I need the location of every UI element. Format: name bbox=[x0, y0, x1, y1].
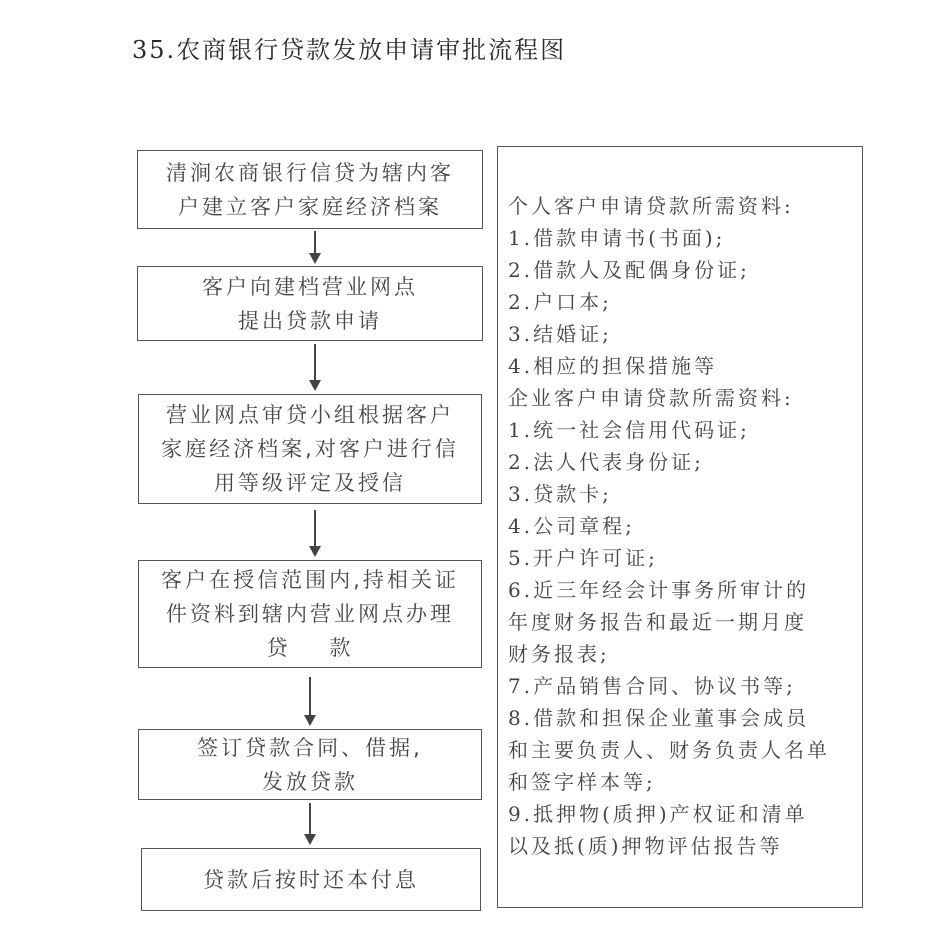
personal-item: 4.相应的担保措施等 bbox=[508, 350, 862, 382]
step-text-line: 户建立客户家庭经济档案 bbox=[178, 190, 442, 224]
required-documents-panel: 个人客户申请贷款所需资料: 1.借款申请书(书面); 2.借款人及配偶身份证; … bbox=[497, 146, 863, 908]
personal-item: 1.借款申请书(书面); bbox=[508, 222, 862, 254]
flow-step-6-repay: 贷款后按时还本付息 bbox=[141, 848, 481, 911]
down-arrow-icon bbox=[304, 677, 316, 727]
step-text-line: 发放贷款 bbox=[262, 765, 358, 799]
step-text-line: 签订贷款合同、借据, bbox=[197, 731, 423, 765]
personal-item: 2.户口本; bbox=[508, 286, 862, 318]
enterprise-item: 财务报表; bbox=[508, 638, 862, 670]
step-text-line: 清涧农商银行信贷为辖内客 bbox=[166, 156, 454, 190]
flow-step-2-submit-application: 客户向建档营业网点 提出贷款申请 bbox=[137, 266, 483, 341]
enterprise-item: 9.抵押物(质押)产权证和清单 bbox=[508, 798, 862, 830]
flow-step-3-credit-rating: 营业网点审贷小组根据客户 家庭经济档案,对客户进行信 用等级评定及授信 bbox=[138, 394, 482, 504]
enterprise-item: 6.近三年经会计事务所审计的 bbox=[508, 574, 862, 606]
page-title: 35.农商银行贷款发放申请审批流程图 bbox=[132, 30, 566, 65]
down-arrow-icon bbox=[309, 231, 321, 264]
down-arrow-icon bbox=[309, 344, 321, 392]
step-text-line: 客户向建档营业网点 bbox=[202, 270, 418, 304]
enterprise-item: 和主要负责人、财务负责人名单 bbox=[508, 734, 862, 766]
enterprise-item: 5.开户许可证; bbox=[508, 542, 862, 574]
flow-step-5-sign-and-disburse: 签订贷款合同、借据, 发放贷款 bbox=[138, 729, 482, 800]
enterprise-heading: 企业客户申请贷款所需资料: bbox=[508, 382, 862, 414]
enterprise-item: 2.法人代表身份证; bbox=[508, 446, 862, 478]
down-arrow-icon bbox=[304, 803, 316, 846]
step-text-line: 用等级评定及授信 bbox=[214, 466, 406, 500]
down-arrow-icon bbox=[309, 510, 321, 558]
step-text-line: 家庭经济档案,对客户进行信 bbox=[161, 432, 459, 466]
enterprise-item: 8.借款和担保企业董事会成员 bbox=[508, 702, 862, 734]
step-text-line: 提出贷款申请 bbox=[238, 304, 382, 338]
enterprise-item: 和签字样本等; bbox=[508, 766, 862, 798]
enterprise-item: 以及抵(质)押物评估报告等 bbox=[508, 830, 862, 862]
enterprise-item: 1.统一社会信用代码证; bbox=[508, 414, 862, 446]
step-text-line: 贷款后按时还本付息 bbox=[203, 863, 419, 897]
enterprise-item: 年度财务报告和最近一期月度 bbox=[508, 606, 862, 638]
flow-step-1-build-archive: 清涧农商银行信贷为辖内客 户建立客户家庭经济档案 bbox=[137, 150, 483, 229]
step-text-line: 贷 款 bbox=[267, 631, 354, 665]
step-text-line: 客户在授信范围内,持相关证 bbox=[161, 563, 459, 597]
personal-item: 3.结婚证; bbox=[508, 318, 862, 350]
step-text-line: 营业网点审贷小组根据客户 bbox=[166, 398, 454, 432]
enterprise-item: 3.贷款卡; bbox=[508, 478, 862, 510]
enterprise-item: 7.产品销售合同、协议书等; bbox=[508, 670, 862, 702]
step-text-line: 件资料到辖内营业网点办理 bbox=[166, 597, 454, 631]
enterprise-item: 4.公司章程; bbox=[508, 510, 862, 542]
flow-step-4-handle-loan: 客户在授信范围内,持相关证 件资料到辖内营业网点办理 贷 款 bbox=[138, 560, 482, 668]
personal-heading: 个人客户申请贷款所需资料: bbox=[508, 190, 862, 222]
personal-item: 2.借款人及配偶身份证; bbox=[508, 254, 862, 286]
